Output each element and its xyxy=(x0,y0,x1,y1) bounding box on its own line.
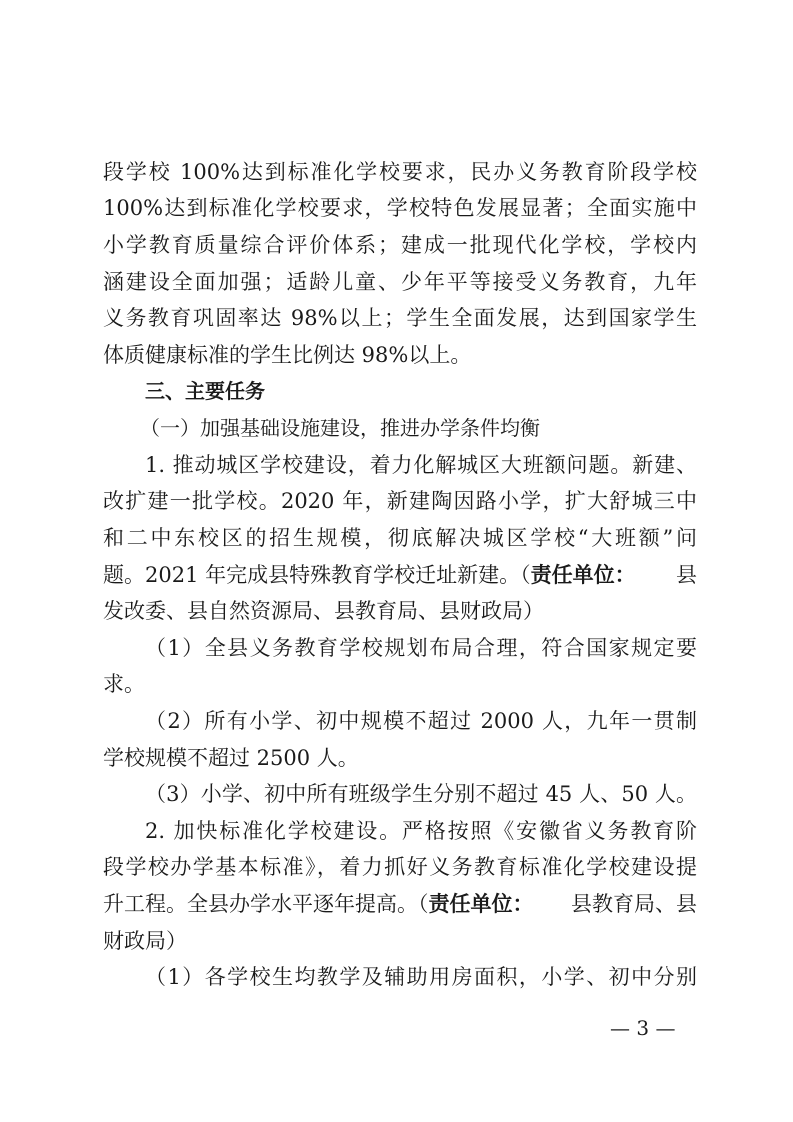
item-1-text: 题。2021 年完成县特殊教育学校迁址新建。（ xyxy=(103,560,531,590)
responsibility-text: 县 xyxy=(676,560,697,590)
item-2-responsibility-line: 财政局） xyxy=(103,926,697,956)
sub-item-line: 求。 xyxy=(103,669,697,699)
responsibility-label: 责任单位： xyxy=(531,560,636,590)
item-1-line: 改扩建一批学校。2020 年，新建陶因路小学，扩大舒城三中 xyxy=(103,486,697,516)
body-text-line: 小学教育质量综合评价体系；建成一批现代化学校，学校内 xyxy=(103,230,697,260)
item-1-line: 题。2021 年完成县特殊教育学校迁址新建。（ 责任单位： 县 xyxy=(103,560,697,590)
responsibility-label: 责任单位： xyxy=(429,889,534,919)
responsibility-text: 县教育局、县 xyxy=(571,889,697,919)
item-2-line: 升工程。全县办学水平逐年提高。（ 责任单位： 县教育局、县 xyxy=(103,889,697,919)
sub-item-line: （2）所有小学、初中规模不超过 2000 人，九年一贯制 xyxy=(145,706,697,736)
item-1-responsibility-line: 发改委、县自然资源局、县教育局、县财政局） xyxy=(103,596,697,626)
item-1-responsibility: 责任单位： 县 xyxy=(531,560,697,590)
subsection-heading: （一）加强基础设施建设，推进办学条件均衡 xyxy=(140,413,692,443)
sub-item-line: （3）小学、初中所有班级学生分别不超过 45 人、50 人。 xyxy=(145,779,697,809)
body-text-line: 体质健康标准的学生比例达 98%以上。 xyxy=(103,340,697,370)
page-number: — 3 — xyxy=(610,1013,675,1043)
item-2-text: 升工程。全县办学水平逐年提高。（ xyxy=(103,889,429,919)
body-text-line: 涵建设全面加强；适龄儿童、少年平等接受义务教育，九年 xyxy=(103,267,697,297)
item-1-line: 1. 推动城区学校建设，着力化解城区大班额问题。新建、 xyxy=(145,450,697,480)
section-heading: 三、主要任务 xyxy=(145,376,697,406)
sub-item-line: 学校规模不超过 2500 人。 xyxy=(103,743,697,773)
sub-item-line: （1）全县义务教育学校规划布局合理，符合国家规定要 xyxy=(145,633,697,663)
item-2-line: 2. 加快标准化学校建设。严格按照《安徽省义务教育阶 xyxy=(145,816,697,846)
item-2-responsibility: 责任单位： 县教育局、县 xyxy=(429,889,698,919)
item-2-line: 段学校办学基本标准》，着力抓好义务教育标准化学校建设提 xyxy=(103,852,697,882)
item-1-line: 和二中东校区的招生规模，彻底解决城区学校“大班额”问 xyxy=(103,523,697,553)
sub-item-line: （1）各学校生均教学及辅助用房面积，小学、初中分别 xyxy=(145,962,697,992)
document-page: 段学校 100%达到标准化学校要求，民办义务教育阶段学校 100%达到标准化学校… xyxy=(0,0,793,1122)
body-text-line: 100%达到标准化学校要求，学校特色发展显著；全面实施中 xyxy=(103,193,697,223)
body-text-line: 段学校 100%达到标准化学校要求，民办义务教育阶段学校 xyxy=(103,157,697,187)
body-text-line: 义务教育巩固率达 98%以上；学生全面发展，达到国家学生 xyxy=(103,303,697,333)
